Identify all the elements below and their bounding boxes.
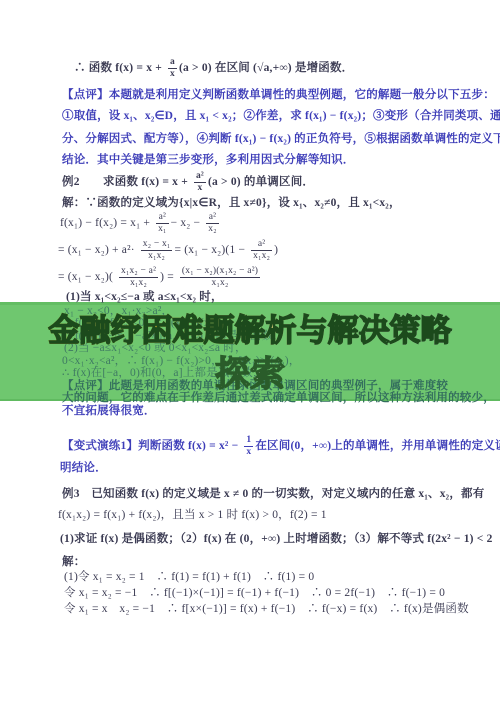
doc-line-29: 令 x₁ = x x₂ = −1 ∴ f[x×(−1)] = f(x) + f(… (64, 603, 469, 616)
fraction-denominator: x (168, 69, 177, 79)
formula-text: = (x₁ − x₂)(1 − (174, 237, 245, 263)
formula-text: = (x₁ − x₂) + a²· (58, 237, 135, 263)
doc-line-25: (1)求证 f(x) 是偶函数；（2）f(x) 在 (0，+∞) 上时增函数；（… (60, 533, 493, 546)
formula-text: ) = (160, 264, 174, 290)
doc-line-10: = (x₁ − x₂)( x₁x₂ − a²x₁x₂ ) = (x₁ − x₂)… (58, 264, 264, 290)
doc-line-07: 解：∵函数的定义域为{x|x∈R，且 x≠0}，设 x₁、x₂≠0，且 x₁<x… (62, 197, 401, 210)
formula-text: (a > 0) 在区间 (√a,+∞) 是增函数． (179, 55, 353, 81)
fraction-denominator: x₁x₂ (251, 251, 272, 261)
fraction-denominator: x₂ (206, 224, 218, 234)
fraction: a²x₁ (156, 212, 168, 234)
fraction-numerator: a² (251, 239, 272, 250)
doc-line-28: 令 x₁ = x₂ = −1 ∴ f[(−1)×(−1)] = f(−1) + … (64, 587, 445, 600)
doc-line-03: ①取值，设 x₁、x₂∈D，且 x₁ < x₂；②作差，求 f(x₁) − f(… (62, 110, 500, 123)
doc-line-22: 明结论． (60, 462, 107, 475)
fraction-denominator: x₁ (156, 224, 168, 234)
doc-line-26: 解： (62, 556, 85, 569)
fraction: x₂ − x₁x₁x₂ (141, 239, 173, 261)
formula-text: = (x₁ − x₂)( (58, 264, 113, 290)
formula-text: 例2 求函数 f(x) = x + (62, 169, 188, 195)
fraction: a²x₂ (206, 212, 218, 234)
fraction-numerator: a² (194, 171, 206, 182)
formula-text: − x₂ − (171, 210, 201, 236)
doc-line-02: 【点评】本题就是利用定义判断函数单调性的典型例题，它的解题一般分以下五步： (62, 89, 495, 102)
doc-line-20: 不宜拓展得很宽． (62, 405, 156, 418)
doc-line-23: 例3 已知函数 f(x) 的定义域是 x ≠ 0 的一切实数，对定义域内的任意 … (62, 488, 484, 501)
formula-text: (a > 0) 的单调区间． (208, 169, 314, 195)
fraction-numerator: 1 (244, 435, 253, 446)
fraction-numerator: (x₁ − x₂)(x₁x₂ − a²) (180, 266, 260, 277)
doc-line-21: 【变式演练1】判断函数 f(x) = x² − 1x 在区间(0，+∞)上的单调… (62, 433, 500, 459)
fraction-denominator: x₁x₂ (180, 278, 260, 288)
doc-line-08: f(x₁) − f(x₂) = x₁ + a²x₁ − x₂ − a²x₂ (60, 210, 223, 236)
formula-text: ) (274, 237, 278, 263)
doc-line-01: ∴ 函数 f(x) = x + ax (a > 0) 在区间 (√a,+∞) 是… (74, 55, 355, 81)
formula-text: ∴ 函数 f(x) = x + (74, 55, 162, 81)
fraction: a²x₁x₂ (251, 239, 272, 261)
fraction-denominator: x₁x₂ (119, 278, 158, 288)
doc-line-09: = (x₁ − x₂) + a²· x₂ − x₁x₁x₂ = (x₁ − x₂… (58, 237, 280, 263)
fraction: x₁x₂ − a²x₁x₂ (119, 266, 158, 288)
fraction-denominator: x (244, 447, 253, 457)
article-image: ∴ 函数 f(x) = x + ax (a > 0) 在区间 (√a,+∞) 是… (0, 0, 500, 707)
fraction-numerator: x₁x₂ − a² (119, 266, 158, 277)
doc-line-24: f(x₁x₂) = f(x₁) + f(x₂)，且当 x > 1 时 f(x) … (58, 509, 327, 522)
fraction-numerator: a² (206, 212, 218, 223)
formula-text: 【变式演练1】判断函数 f(x) = x² − (62, 433, 238, 459)
fraction: 1x (244, 435, 253, 457)
fraction-denominator: x₁x₂ (141, 251, 173, 261)
doc-line-04: 分、分解因式、配方等），④判断 f(x₁) − f(x₂) 的正负符号，⑤根据函… (62, 133, 500, 146)
fraction-numerator: x₂ − x₁ (141, 239, 173, 250)
doc-line-05: 结论．其中关键是第三步变形，多利用因式分解等知识． (62, 154, 355, 167)
fraction-denominator: x (194, 183, 206, 193)
fraction-numerator: a² (156, 212, 168, 223)
fraction: a²x (194, 171, 206, 193)
doc-line-27: (1)令 x₁ = x₂ = 1 ∴ f(1) = f(1) + f(1) ∴ … (64, 571, 314, 584)
overlay-title-line2: 探索 (0, 353, 500, 397)
overlay-title-line1: 金融纾困难题解析与解决策略 (0, 308, 500, 354)
fraction-numerator: a (168, 57, 177, 68)
fraction: ax (168, 57, 177, 79)
formula-text: 在区间(0，+∞)上的单调性，并用单调性的定义证 (255, 433, 500, 459)
overlay-title: 金融纾困难题解析与解决策略 探索 (0, 308, 500, 397)
doc-line-06: 例2 求函数 f(x) = x + a²x (a > 0) 的单调区间． (62, 169, 316, 195)
formula-text: f(x₁) − f(x₂) = x₁ + (60, 210, 150, 236)
doc-line-11: (1)当 x₁<x₂≤−a 或 a≤x₁<x₂ 时， (66, 291, 223, 304)
fraction: (x₁ − x₂)(x₁x₂ − a²)x₁x₂ (180, 266, 260, 288)
